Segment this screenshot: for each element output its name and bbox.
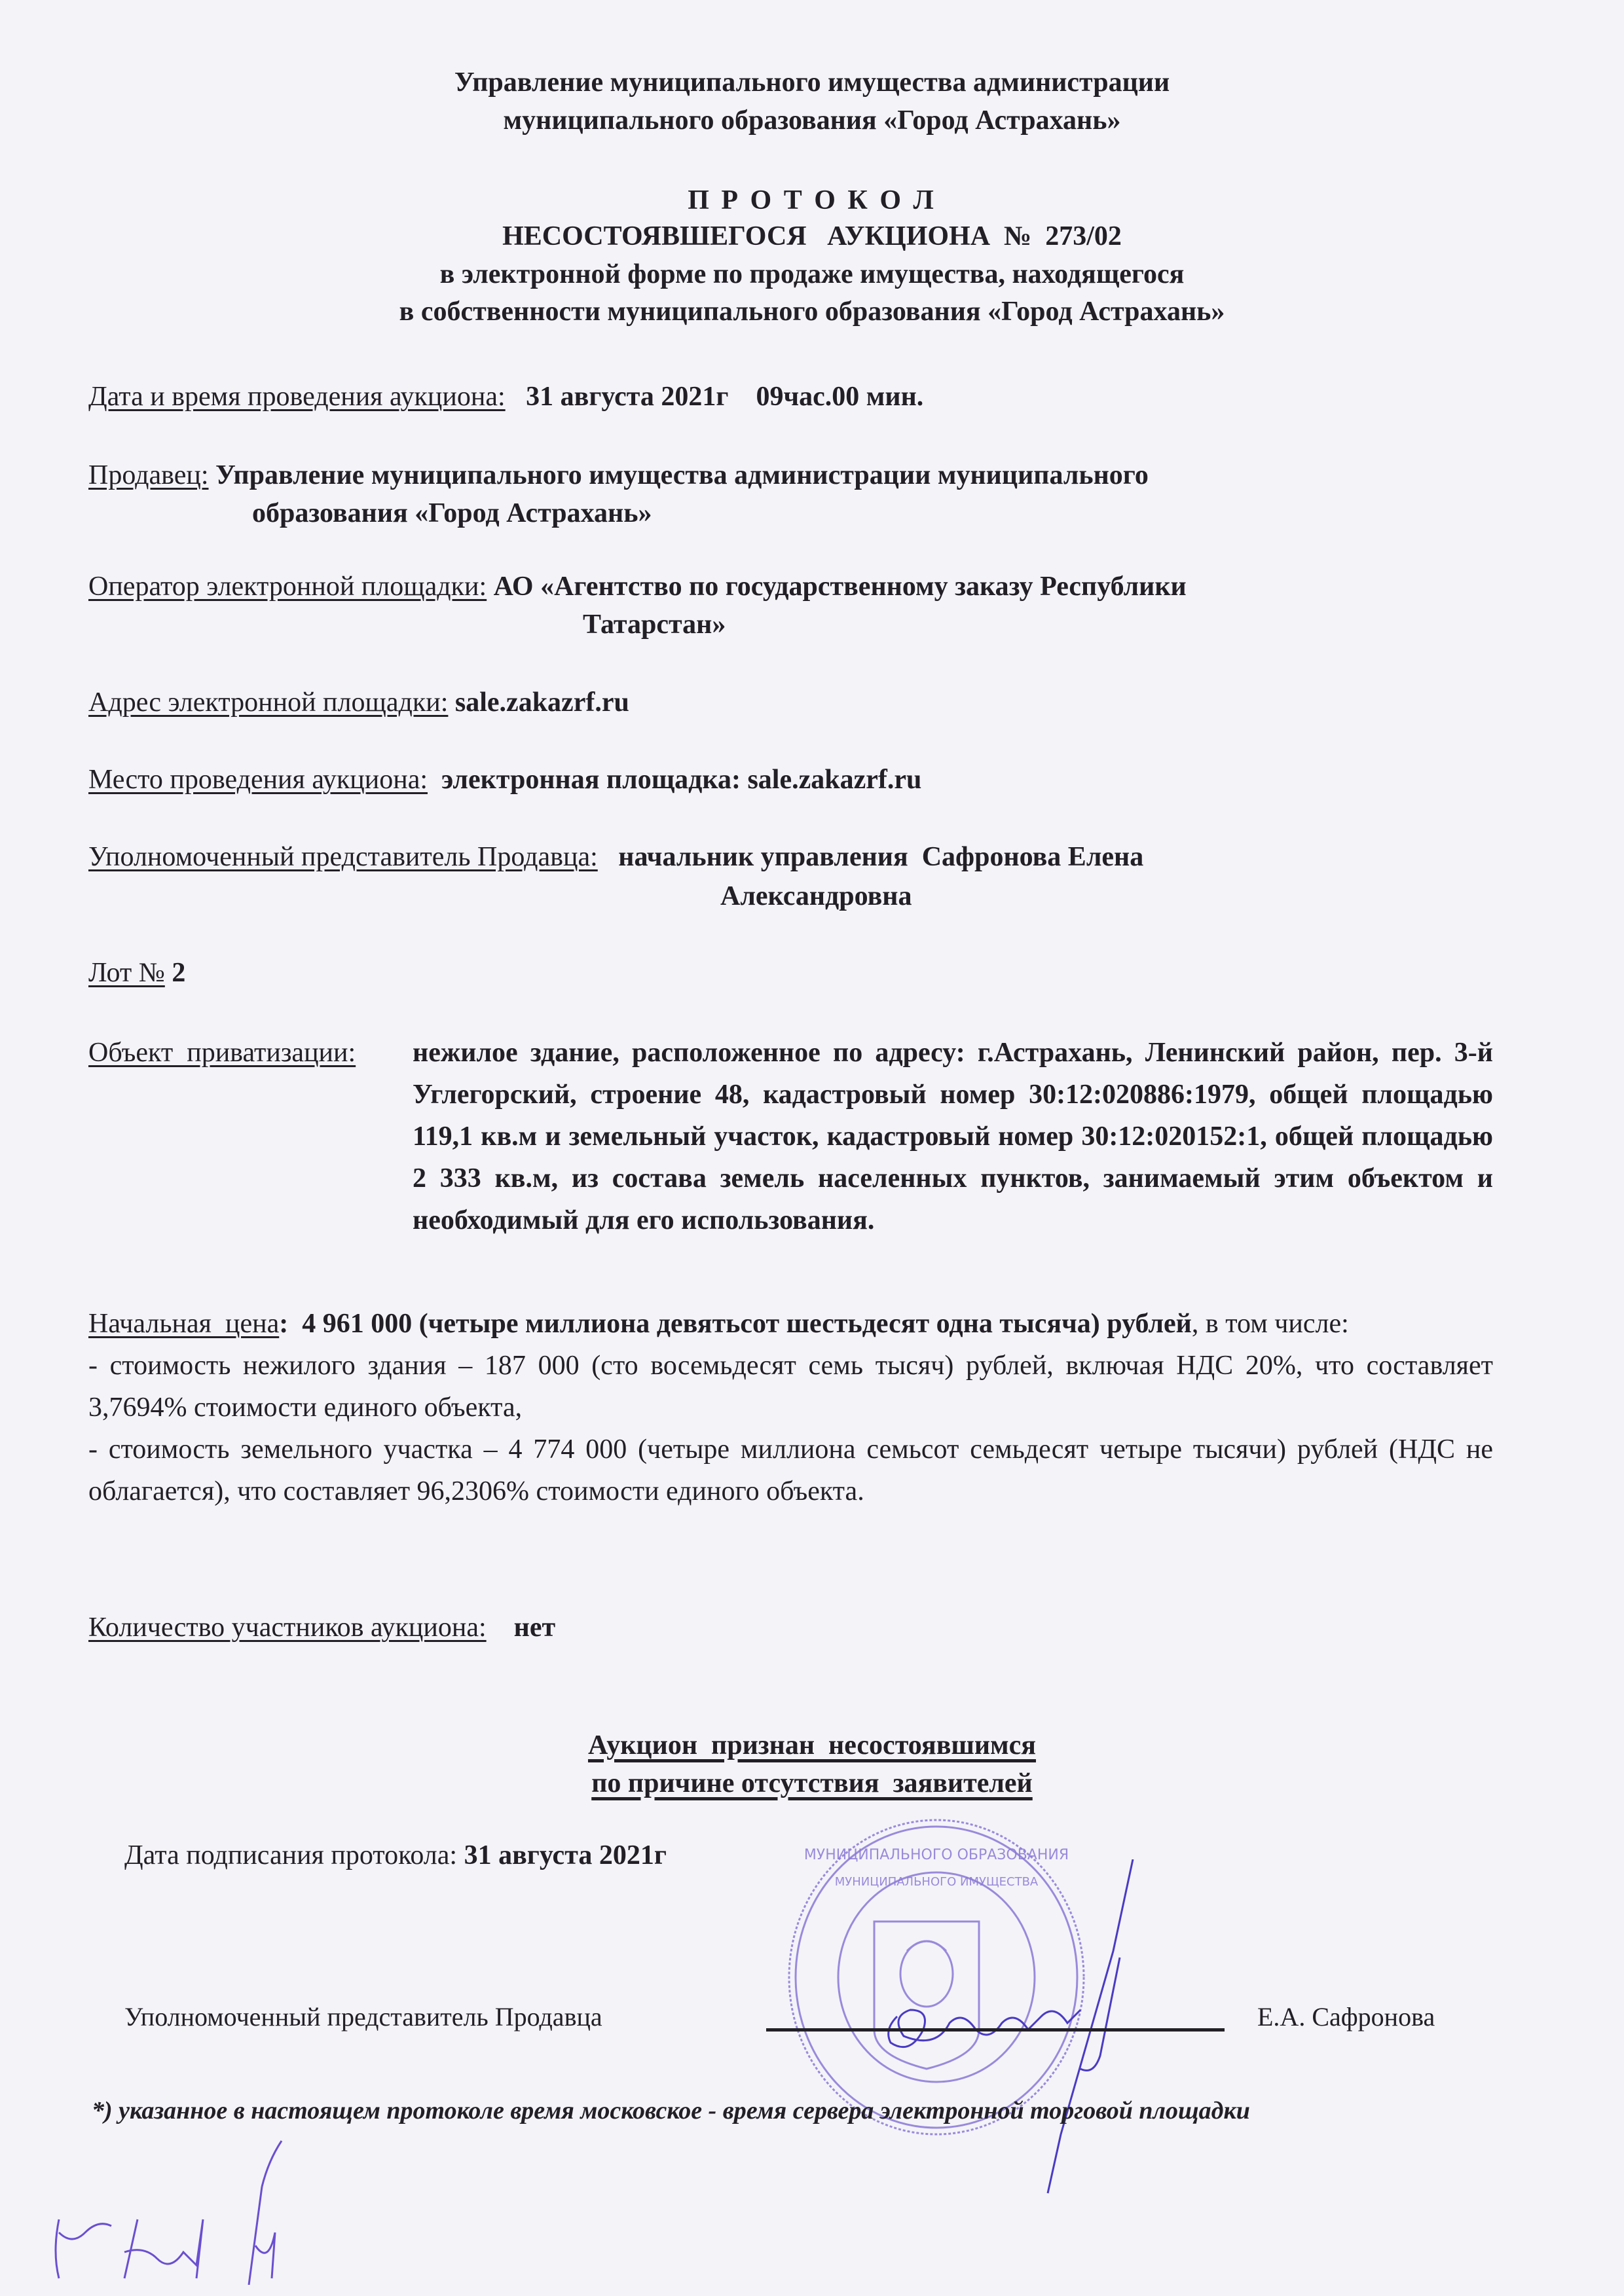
field-seller: Продавец: Управление муниципального имущ…	[88, 458, 1149, 492]
price-item-building: - стоимость нежилого здания – 187 000 (с…	[88, 1351, 1493, 1423]
document-title: П Р О Т О К О Л	[0, 183, 1624, 217]
field-label: Лот №	[88, 958, 165, 988]
field-label: Дата и время проведения аукциона:	[88, 382, 506, 412]
field-seller-cont: образования «Город Астрахань»	[252, 496, 652, 530]
signature-line	[766, 2028, 1225, 2032]
field-label: Адрес электронной площадки:	[88, 687, 448, 718]
signing-date: Дата подписания протокола: 31 августа 20…	[124, 1838, 667, 1872]
field-lot: Лот № 2	[88, 956, 185, 990]
signing-rep-name: Е.А. Сафронова	[1257, 2000, 1435, 2034]
field-label: Количество участников аукциона:	[88, 1613, 487, 1643]
field-object-value: нежилое здание, расположенное по адресу:…	[413, 1032, 1493, 1241]
field-venue: Место проведения аукциона: электронная п…	[88, 763, 921, 797]
field-label: Начальная цена	[88, 1309, 279, 1339]
field-value: АО «Агентство по государственному заказу…	[494, 572, 1187, 602]
field-value: нет	[514, 1613, 555, 1643]
field-object-label-row: Объект приватизации:	[88, 1036, 356, 1070]
field-participants: Количество участников аукциона: нет	[88, 1611, 555, 1645]
document-desc-2: в собственности муниципального образован…	[0, 295, 1624, 329]
document-desc-1: в электронной форме по продаже имущества…	[0, 257, 1624, 291]
field-suffix: , в том числе:	[1192, 1309, 1349, 1339]
document-subtitle: НЕСОСТОЯВШЕГОСЯ АУКЦИОНА № 273/02	[0, 219, 1624, 253]
field-label: Оператор электронной площадки:	[88, 572, 487, 602]
field-label: Уполномоченный представитель Продавца:	[88, 842, 598, 872]
signing-date-value: 31 августа 2021г	[464, 1840, 667, 1870]
verdict-line-2: по причине отсутствия заявителей	[0, 1766, 1624, 1800]
initials-signature-icon	[46, 2134, 386, 2285]
field-representative-cont: Александровна	[720, 879, 912, 913]
field-value: начальник управления Сафронова Елена	[618, 842, 1143, 872]
signing-date-label: Дата подписания протокола:	[124, 1840, 457, 1870]
footnote: *) указанное в настоящем протоколе время…	[92, 2096, 1250, 2125]
verdict-line-1: Аукцион признан несостоявшимся	[0, 1728, 1624, 1762]
field-operator: Оператор электронной площадки: АО «Агент…	[88, 570, 1187, 604]
field-label: Объект приватизации:	[88, 1038, 356, 1068]
field-datetime: Дата и время проведения аукциона: 31 авг…	[88, 380, 923, 414]
field-value: 31 августа 2021г 09час.00 мин.	[526, 382, 923, 412]
org-line-2: муниципального образования «Город Астрах…	[0, 103, 1624, 137]
field-value: sale.zakazrf.ru	[455, 687, 629, 718]
field-label: Продавец:	[88, 460, 209, 490]
field-representative: Уполномоченный представитель Продавца: н…	[88, 840, 1143, 874]
field-value: 4 961 000 (четыре миллиона девятьсот шес…	[302, 1309, 1192, 1339]
field-operator-cont: Татарстан»	[583, 608, 726, 642]
field-label: Место проведения аукциона:	[88, 765, 428, 795]
field-price: Начальная цена: 4 961 000 (четыре миллио…	[88, 1303, 1493, 1512]
field-value: Управление муниципального имущества адми…	[215, 460, 1149, 490]
org-line-1: Управление муниципального имущества адми…	[0, 65, 1624, 100]
price-item-land: - стоимость земельного участка – 4 774 0…	[88, 1434, 1493, 1506]
field-value: 2	[172, 958, 185, 988]
protocol-page: Управление муниципального имущества адми…	[0, 0, 1624, 2296]
field-value: электронная площадка: sale.zakazrf.ru	[441, 765, 921, 795]
signing-rep-label: Уполномоченный представитель Продавца	[124, 2000, 602, 2034]
field-platform-address: Адрес электронной площадки: sale.zakazrf…	[88, 685, 629, 720]
